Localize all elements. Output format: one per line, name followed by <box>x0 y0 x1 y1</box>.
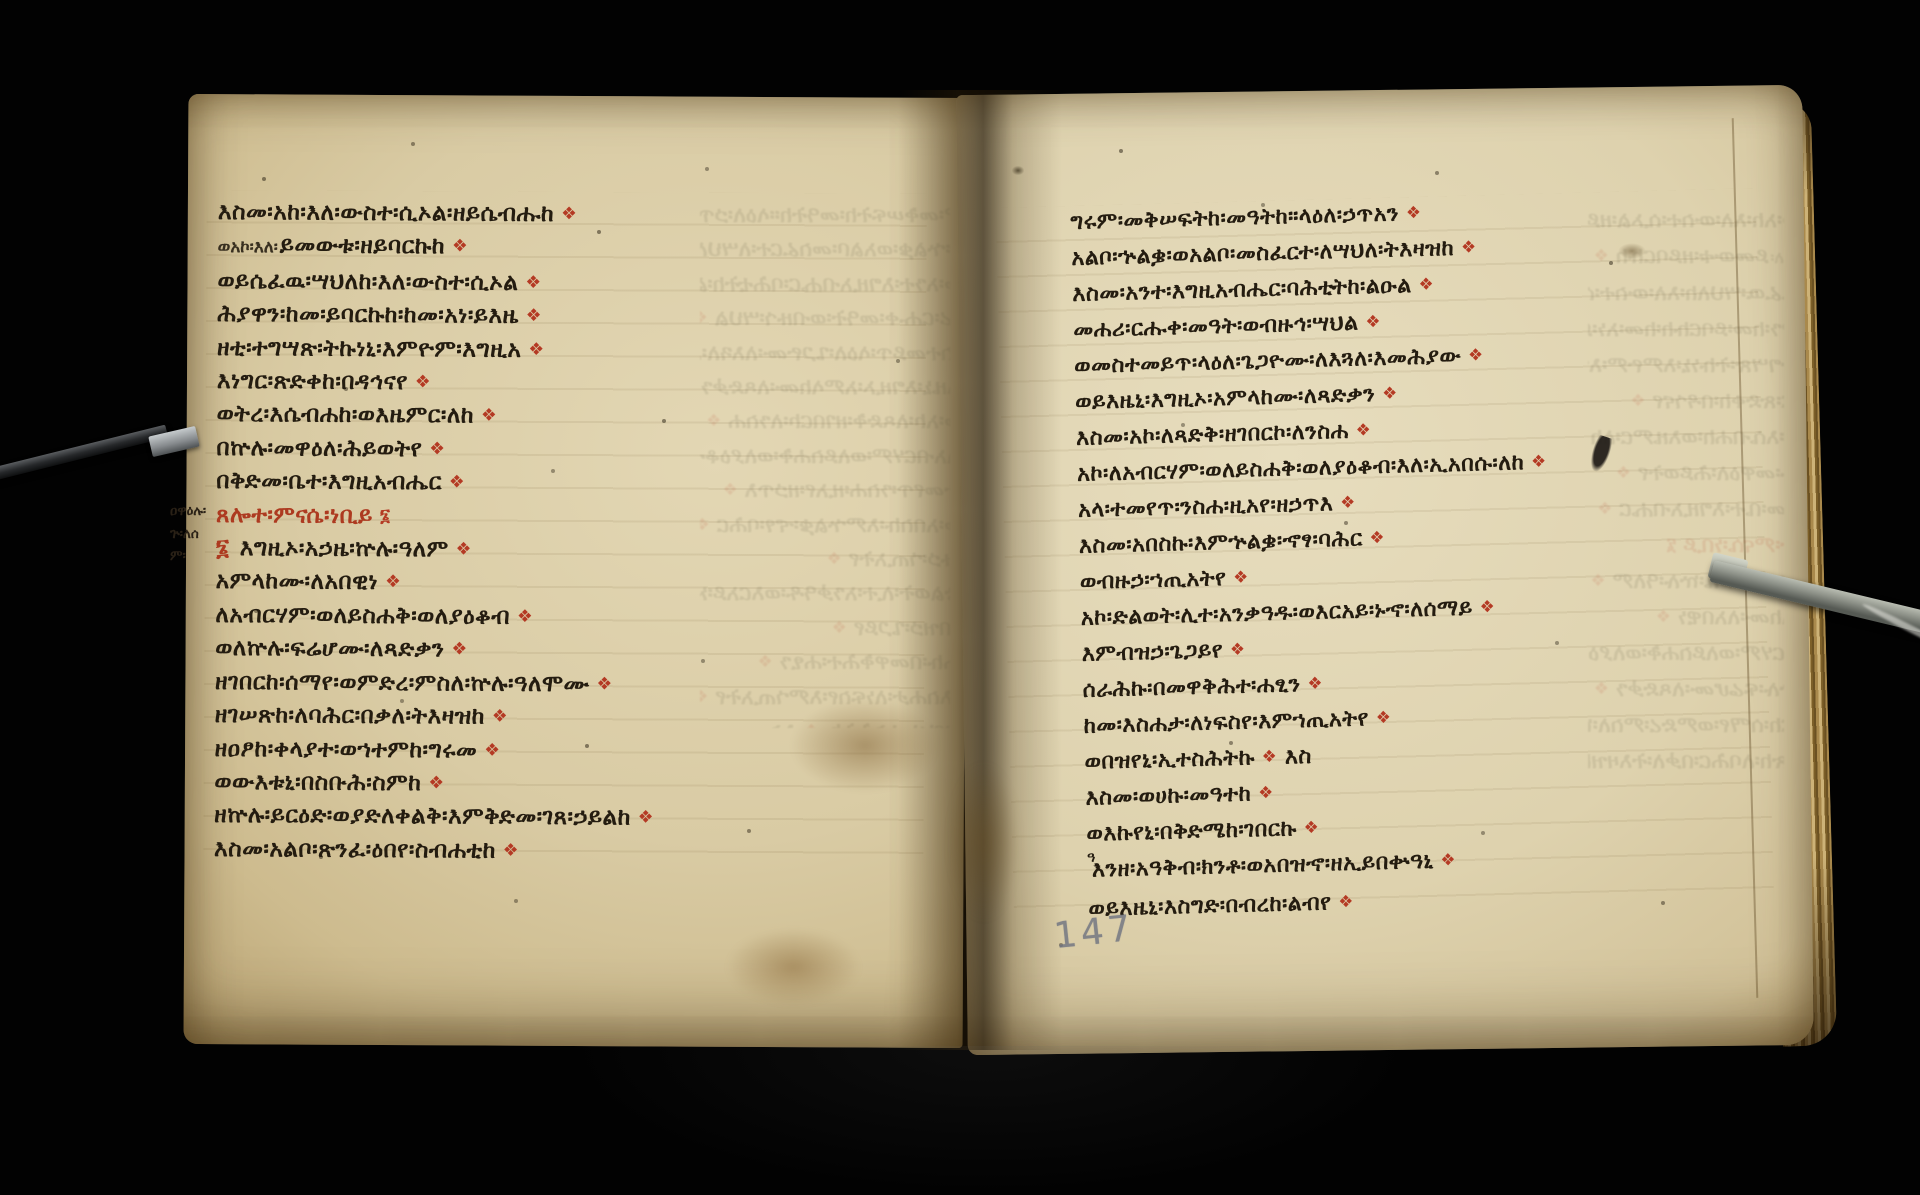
line-text: እስመ፡አከ፡እለ፡ውስተ፡ሲኦል፡ዘይሴብሑከ <box>218 199 554 227</box>
red-cross-end-mark: ❖ <box>449 473 465 493</box>
line-text: እምብዝኃ፡ጌጋይየ <box>1081 638 1223 667</box>
red-cross-end-mark: ❖ <box>1307 673 1323 693</box>
line-text: አኮ፡ለአብርሃም፡ወለይስሐቅ፡ወለያዕቆብ፡እለ፡ኢአበሱ፡ለከ <box>1077 450 1525 487</box>
line-text: አልቦ፡ኍልቌ፡ወአልቦ፡መስፈርተ፡ለሣህለ፡ትእዛዝከ <box>1071 236 1454 271</box>
red-cross-end-mark: ❖ <box>1406 202 1422 222</box>
line-text: እስመ፡ወሀኩ፡መዓተከ <box>1085 781 1251 810</box>
manuscript-text-line: እስመ፡አልቦ፡ጽንፈ፡ዕበየ፡ስብሐቲከ❖ <box>214 833 653 869</box>
line-text: እንዘ፡አዓቅብ፡ክንቶ፡ወአበዝኆ፡ዘኢይበቍዓኒ <box>1092 849 1434 883</box>
red-cross-end-mark: ❖ <box>503 840 519 860</box>
catchword-text: እስ <box>1284 744 1312 770</box>
line-text: ወበዝየኒ፡ኢተስሕትኩ <box>1084 745 1255 774</box>
manuscript-text-line: እነግር፡ጽድቀከ፡በዳኅናየ❖ <box>217 365 656 401</box>
superscript-correction: ዓ <box>1087 850 1096 866</box>
line-text: ወትረ፡እሴብሐከ፡ወእዜምር፡ለከ <box>217 401 475 429</box>
red-cross-end-mark: ❖ <box>1376 707 1392 727</box>
line-text: መሐሪ፡ርሑቀ፡መዓት፡ወብዙኅ፡ሣህል <box>1073 310 1359 342</box>
red-cross-end-mark: ❖ <box>428 773 444 793</box>
red-cross-end-mark: ❖ <box>1365 311 1381 331</box>
manuscript-text-line: ወይሴፈዉ፡ሣህለከ፡እለ፡ውስተ፡ሲኦል❖ <box>217 265 656 301</box>
manuscript-text-line: ዘገሠጽከ፡ለባሕር፡በቃለ፡ትእዛዝከ❖ <box>215 699 654 735</box>
red-cross-end-mark: ❖ <box>1461 236 1477 256</box>
red-cross-end-mark: ❖ <box>456 540 472 560</box>
manuscript-text-line: አምላከሙ፡ለአበዊነ❖ <box>216 565 655 601</box>
red-cross-end-mark: ❖ <box>451 640 467 660</box>
line-text: ግሩም፡መቅሠፍትከ፡መዓትከ።ላዕለ፡ኃጥአን <box>1070 201 1399 235</box>
red-cross-end-mark: ❖ <box>1369 527 1385 547</box>
manuscript-text-line: እስመ፡አከ፡እለ፡ውስተ፡ሲኦል፡ዘይሴብሑከ❖ <box>218 196 657 232</box>
line-text: በኵሉ፡መዋዕለ፡ሕይወትየ <box>216 435 422 462</box>
line-text: እግዚኦ፡አኃዜ፡ኵሉ፡ዓለም <box>240 535 449 562</box>
red-cross-end-mark: ❖ <box>1355 419 1371 439</box>
book-gutter-shadow <box>898 90 1062 1050</box>
pencil-page-number: 147 <box>1052 908 1137 957</box>
line-text: ወብዙኃ፡ኀጢአትየ <box>1080 566 1227 595</box>
red-cross-end-mark: ❖ <box>1340 492 1356 512</box>
manuscript-text-line: ለአብርሃም፡ወለይስሐቅ፡ወለያዕቆብ❖ <box>215 599 654 635</box>
rubric-numeral: ፮ <box>216 535 230 561</box>
line-text: ወውእቱኒ፡በስቡሕ፡ስምከ <box>214 769 421 796</box>
manuscript-text-line: ወትረ፡እሴብሐከ፡ወእዜምር፡ለከ❖ <box>217 398 656 434</box>
line-text: ሕያዋን፡ከመ፡ይባርኩከ፡ከመ፡አነ፡ይእዜ <box>217 301 519 329</box>
background-sheen <box>560 1046 1420 1195</box>
manuscript-text-line: ዘቲ፡ተግሣጽ፡ትኩነኒ፡እምዮም፡እግዚአ❖ <box>217 332 656 368</box>
line-text: ዘቲ፡ተግሣጽ፡ትኩነኒ፡እምዮም፡እግዚአ <box>217 335 521 363</box>
manuscript-text-line: ሕያዋን፡ከመ፡ይባርኩከ፡ከመ፡አነ፡ይእዜ❖ <box>217 298 656 334</box>
line-text: ወይእዜኒ፡እግዚኦ፡አምላከሙ፡ለጻድቃን <box>1075 382 1376 415</box>
red-cross-end-mark: ❖ <box>452 237 468 257</box>
marginal-note-line: ም፡ <box>170 545 206 568</box>
manuscript-text-line: ጸሎተ፡ምናሴ፡ነቢይ፮ <box>216 499 655 535</box>
line-text: እስመ፡አኮ፡ለጻድቅ፡ዘገበርኮ፡ለንስሐ <box>1076 419 1349 451</box>
manuscript-text-line: ዘገበርከ፡ሰማየ፡ወምድረ፡ምስለ፡ኵሉ፡ዓለሞሙ❖ <box>215 666 654 702</box>
line-text: ሰራሕኩ፡በመዋቅሕተ፡ሐፂን <box>1082 672 1300 703</box>
line-text: ከመ፡እስሐታ፡ለነፍስየ፡እምኀጢአትየ <box>1083 706 1369 738</box>
line-text: እስመ፡አልቦ፡ጽንፈ፡ዕበየ፡ስብሐቲከ <box>214 836 496 864</box>
red-cross-end-mark: ❖ <box>561 204 577 224</box>
red-cross-end-mark: ❖ <box>528 340 544 360</box>
line-text: ወእኩየኒ፡በቅድሜከ፡ገበርኩ <box>1086 816 1297 846</box>
left-page-text-column: እስመ፡አከ፡እለ፡ውስተ፡ሲኦል፡ዘይሴብሑከ❖ወአኮ፡እለ፡ይመውቱ፡ዘይባ… <box>214 196 657 869</box>
manuscript-text-line: ዘዐፆከ፡ቀላያተ፡ወኀተምከ፡ግሩመ❖ <box>215 732 654 768</box>
marginal-note: ዐዋዕሉ፡ ጕ፡ለሰ ም፡ <box>170 500 206 568</box>
red-cross-end-mark: ❖ <box>492 707 508 727</box>
red-cross-end-mark: ❖ <box>596 674 612 694</box>
red-cross-end-mark: ❖ <box>1233 566 1249 586</box>
marginal-note-line: ዐዋዕሉ፡ <box>170 500 206 523</box>
line-text: ዘገበርከ፡ሰማየ፡ወምድረ፡ምስለ፡ኵሉ፡ዓለሞሙ <box>215 669 590 697</box>
red-cross-end-mark: ❖ <box>1258 782 1274 802</box>
manuscript-text-line: ዘኵሉ፡ይርዕድ፡ወያድለቀልቅ፡እምቅድመ፡ገጸ፡ኃይልከ❖ <box>214 799 653 835</box>
line-text: ለአብርሃም፡ወለይስሐቅ፡ወለያዕቆብ <box>215 602 510 630</box>
line-text: በቅድመ፡ቤተ፡እግዚአብሔር <box>216 468 442 495</box>
red-cross-end-mark: ❖ <box>415 372 431 392</box>
inserted-correction-text: ወአኮ፡እለ፡ <box>218 237 278 257</box>
red-cross-end-mark: ❖ <box>484 740 500 760</box>
red-cross-end-mark: ❖ <box>1261 746 1277 766</box>
line-text: እስመ፡አበስኩ፡እምኍልቌ፡ኆፃ፡ባሕር <box>1079 526 1363 558</box>
line-text: ዘዐፆከ፡ቀላያተ፡ወኀተምከ፡ግሩመ <box>215 735 478 763</box>
red-cross-end-mark: ❖ <box>1230 639 1246 659</box>
rubric-title-text: ጸሎተ፡ምናሴ፡ነቢይ <box>216 502 373 529</box>
red-cross-end-mark: ❖ <box>517 607 533 627</box>
red-cross-end-mark: ❖ <box>1418 274 1434 294</box>
right-page-text-column: ግሩም፡መቅሠፍትከ፡መዓትከ።ላዕለ፡ኃጥአን❖አልቦ፡ኍልቌ፡ወአልቦ፡መስ… <box>1070 192 1558 927</box>
red-cross-end-mark: ❖ <box>1338 891 1354 911</box>
line-text: ዘኵሉ፡ይርዕድ፡ወያድለቀልቅ፡እምቅድመ፡ገጸ፡ኃይልከ <box>214 802 631 831</box>
red-cross-end-mark: ፮ <box>380 506 390 526</box>
red-cross-end-mark: ❖ <box>429 439 445 459</box>
line-text: ዘገሠጽከ፡ለባሕር፡በቃለ፡ትእዛዝከ <box>215 702 485 730</box>
manuscript-text-line: ወአኮ፡እለ፡ይመውቱ፡ዘይባርኩከ❖ <box>218 229 657 267</box>
line-text: እነግር፡ጽድቀከ፡በዳኅናየ <box>217 368 408 395</box>
manuscript-text-line: ወውእቱኒ፡በስቡሕ፡ስምከ❖ <box>214 766 653 802</box>
red-cross-end-mark: ❖ <box>1479 596 1495 616</box>
line-text: ወመስተመይጥ፡ላዕለ፡ጌጋዮሙ፡ለእጓለ፡እመሕያው <box>1074 344 1462 379</box>
line-text: እስመ፡አንተ፡እግዚአብሔር፡ባሕቲትከ፡ልዑል <box>1072 273 1412 307</box>
line-text: ይመውቱ፡ዘይባርኩከ <box>280 233 445 260</box>
red-cross-end-mark: ❖ <box>1531 451 1547 471</box>
manuscript-text-line: በቅድመ፡ቤተ፡እግዚአብሔር❖ <box>216 465 655 501</box>
red-cross-end-mark: ❖ <box>1440 849 1456 869</box>
red-cross-end-mark: ❖ <box>1468 344 1484 364</box>
parchment-speckles <box>0 0 2 2</box>
manuscript-photo: ግሩም፡መቅሠፍትከ፡መዓትከ።ላዕለ፡ኃጥአን❖አልቦ፡ኍልቌ፡ወአልቦ፡መስ… <box>0 0 1920 1195</box>
red-cross-end-mark: ❖ <box>638 808 654 828</box>
line-text: አኮ፡ድልወት፡ሊተ፡አንቃዓዱ፡ወእርአይ፡ኑኆ፡ለሰማይ <box>1081 596 1474 631</box>
line-text: ወለኵሉ፡ፍሬሆሙ፡ለጻድቃን <box>215 635 444 662</box>
line-text: አምላከሙ፡ለአበዊነ <box>216 568 379 595</box>
red-cross-end-mark: ❖ <box>525 273 541 293</box>
manuscript-text-line: ወለኵሉ፡ፍሬሆሙ፡ለጻድቃን❖ <box>215 632 654 668</box>
manuscript-text-line: በኵሉ፡መዋዕለ፡ሕይወትየ❖ <box>216 432 655 468</box>
line-text: አላ፡ተመየጥ፡ንስሐ፡ዚአየ፡ዘኃጥእ <box>1078 491 1334 523</box>
marginal-note-line: ጕ፡ለሰ <box>170 523 206 546</box>
red-cross-end-mark: ❖ <box>1382 383 1398 403</box>
red-cross-end-mark: ❖ <box>1303 817 1319 837</box>
red-cross-end-mark: ❖ <box>526 306 542 326</box>
red-cross-end-mark: ❖ <box>481 406 497 426</box>
line-text: ወይሴፈዉ፡ሣህለከ፡እለ፡ውስተ፡ሲኦል <box>217 268 518 296</box>
red-cross-end-mark: ❖ <box>385 572 401 592</box>
manuscript-text-line: ፮እግዚኦ፡አኃዜ፡ኵሉ፡ዓለም❖ <box>216 532 655 568</box>
